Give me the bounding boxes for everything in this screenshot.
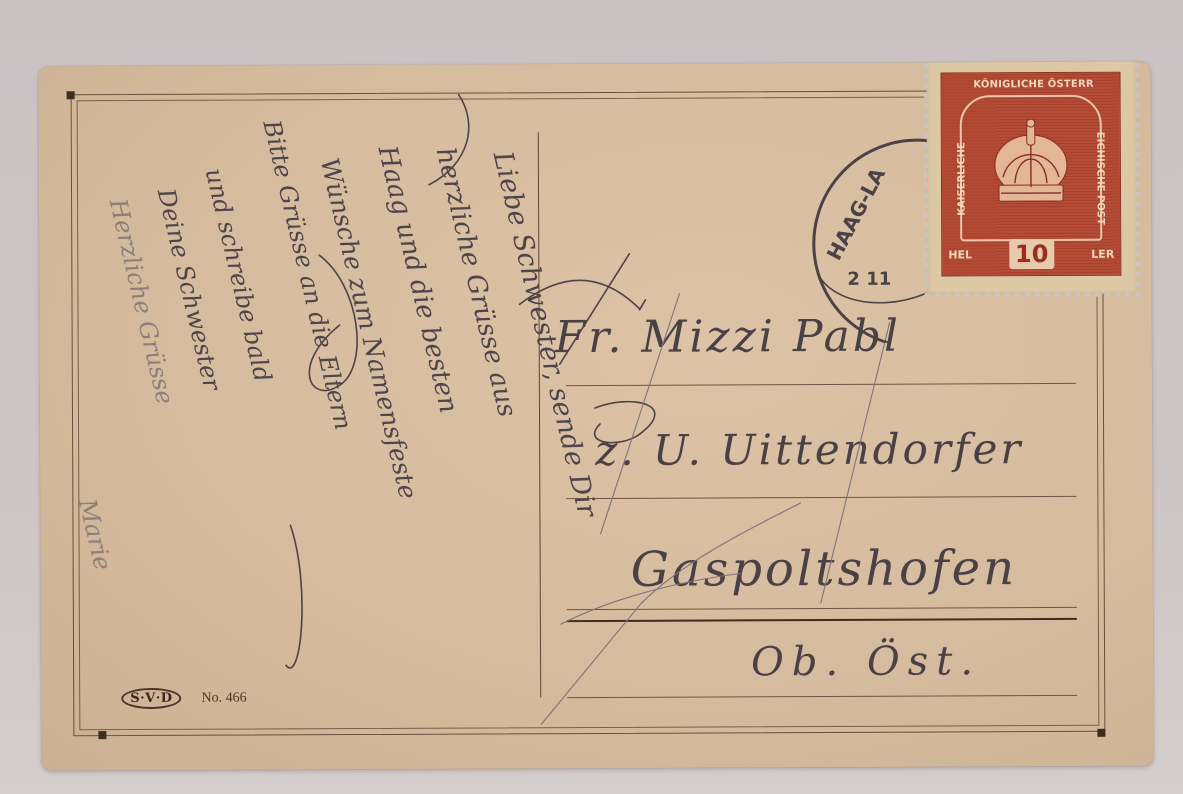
postage-stamp: KÖNIGLICHE ÖSTERR KAISERLICHE EICHISCHE … — [926, 62, 1137, 295]
address-recipient: Fr. Mizzi Pabl — [555, 311, 902, 364]
stamp-text-right: EICHISCHE POST — [1094, 98, 1106, 258]
card-number: No. 466 — [202, 690, 247, 706]
address-care-of: z. U. Uittendorfer — [595, 424, 1024, 475]
stamp-design: KÖNIGLICHE ÖSTERR KAISERLICHE EICHISCHE … — [941, 72, 1122, 277]
stamp-currency-right: LER — [1091, 247, 1114, 260]
stamp-value: 10 — [1009, 239, 1055, 269]
stamp-value-row: HEL 10 LER — [948, 239, 1114, 270]
svd-logo-icon: S·V·D — [121, 688, 181, 709]
stamp-currency-left: HEL — [948, 248, 972, 261]
stamp-text-top: KÖNIGLICHE ÖSTERR — [958, 79, 1110, 91]
corner-ornament-bottom-right — [1097, 729, 1105, 737]
address-region: Ob. Öst. — [751, 638, 981, 685]
corner-ornament-top-left — [67, 91, 75, 99]
address-town: Gaspoltshofen — [631, 540, 1018, 598]
crown-icon — [981, 117, 1081, 217]
publisher-mark: S·V·D No. 466 — [121, 688, 247, 710]
stamp-text-left: KAISERLICHE — [956, 99, 968, 259]
corner-ornament-bottom-left — [98, 731, 106, 739]
postcard: S·V·D No. 466 Liebe Schwester, sende Dir… — [38, 62, 1153, 771]
